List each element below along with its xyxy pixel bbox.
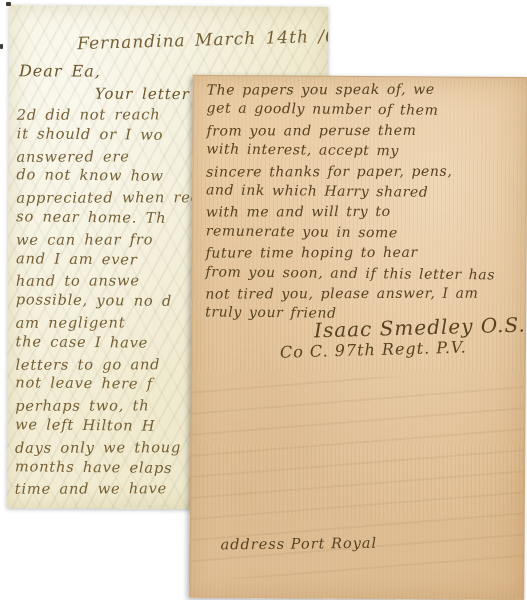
letter-salutation: Dear Ea, bbox=[19, 61, 101, 80]
letter-line: The papers you speak of, we bbox=[207, 79, 525, 101]
letter-line: with me and will try to bbox=[206, 202, 524, 224]
letter-line: sincere thanks for paper, pens, bbox=[206, 161, 524, 183]
letter-line: remunerate you in some bbox=[206, 221, 524, 245]
front-letter-page: The papers you speak of, we get a goodly… bbox=[189, 75, 527, 600]
letter-line: from you soon, and if this letter has bbox=[205, 262, 523, 286]
letter-line: from you and peruse them bbox=[206, 120, 524, 142]
front-letter-body: The papers you speak of, we get a goodly… bbox=[205, 79, 525, 326]
letter-line: future time hoping to hear bbox=[206, 243, 524, 265]
letter-opening-line: Your letter bbox=[95, 85, 190, 103]
photo-speck bbox=[0, 44, 3, 49]
letter-address-note: address Port Royal bbox=[220, 536, 377, 554]
letter-line: get a goodly number of them bbox=[206, 99, 524, 123]
photo-speck bbox=[6, 2, 11, 6]
letter-line: not tired you, please answer, I am bbox=[205, 284, 523, 306]
letters-photo: Fernandina March 14th /62 Dear Ea, Your … bbox=[0, 0, 527, 600]
letter-line: and ink which Harry shared bbox=[206, 180, 524, 204]
letter-line: with interest, accept my bbox=[206, 140, 524, 164]
